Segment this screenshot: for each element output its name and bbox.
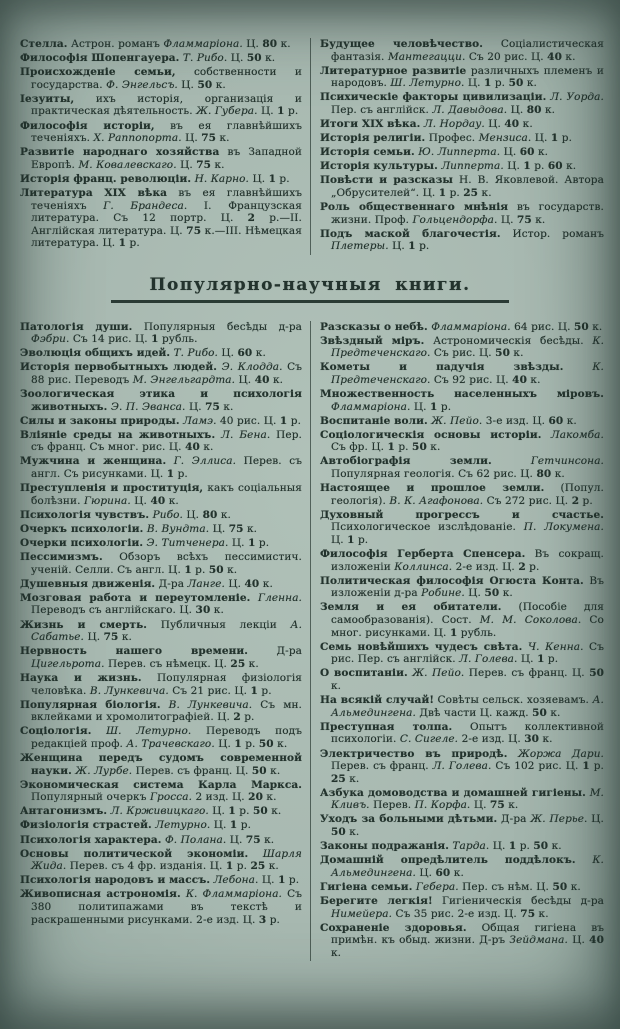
entry-title-text: 50	[331, 826, 346, 838]
catalog-entry: На всякій случай! Совѣты сельск. хозяева…	[320, 694, 604, 719]
catalog-entry: Азбука домоводства и домашней гигіены. М…	[320, 787, 604, 812]
entry-author-text: Гюрина.	[84, 495, 131, 507]
entry-text: р.	[526, 561, 540, 573]
catalog-entry: Подъ маской благочестія. Истор. романъ П…	[320, 228, 604, 253]
entry-text: р.	[544, 653, 558, 665]
entry-text	[166, 455, 174, 467]
entry-text: к.	[527, 374, 541, 386]
entry-text: р.	[287, 415, 301, 427]
entry-text: к.	[532, 214, 546, 226]
entry-title-text: Исторія франц. революціи.	[20, 173, 191, 185]
entry-title-text: 60	[548, 415, 563, 427]
catalog-entry: Психическіе факторы цивилизаціи. Л. Уорд…	[320, 91, 604, 116]
entry-text: Ц.	[249, 173, 269, 185]
entry-text: 64 рис. Ц.	[511, 321, 574, 333]
entry-text: Ц.	[331, 534, 347, 546]
entry-author-text: Л. Голева.	[433, 760, 492, 772]
entry-author-text: Т. Рибо.	[183, 52, 227, 64]
entry-text: Астрон. романъ	[68, 38, 164, 50]
entry-text: к.	[220, 401, 234, 413]
catalog-entry: Развитіе народнаго хозяйства въ Западной…	[20, 146, 302, 171]
entry-author-text: Гетчинсона.	[531, 455, 604, 467]
entry-text: к.	[562, 51, 576, 63]
entry-text: Ц.	[531, 132, 551, 144]
entry-author-text: Зейдмана.	[509, 934, 568, 946]
entry-title-text: Исторія религіи.	[320, 132, 425, 144]
catalog-entry: О воспитаніи. Ж. Пейо. Перев. съ франц. …	[320, 667, 604, 692]
entry-author-text: Цигельрота.	[31, 658, 105, 670]
entry-author-text: Лебона.	[214, 874, 259, 886]
entry-text: к.	[211, 159, 225, 171]
entry-title-text: Психологія характера.	[20, 834, 161, 846]
entry-text: Перев. съ франц.	[331, 760, 433, 772]
entry-title-text: Наука и жизнь.	[20, 672, 142, 684]
entry-author-text: Робине.	[421, 587, 465, 599]
entry-text: к.	[331, 680, 341, 692]
entry-title-text: Мозговая работа и переутомленіе.	[20, 592, 250, 604]
entry-text: Ц.	[464, 77, 484, 89]
entry-text: р.	[276, 173, 290, 185]
entry-text: Ц.	[507, 104, 527, 116]
entry-title-text: 1	[388, 441, 395, 453]
entry-author-text: Летурно.	[155, 819, 210, 831]
catalog-entry: Духовный прогрессъ и счастье. Психологич…	[320, 509, 604, 547]
entry-text: Ц.	[500, 146, 520, 158]
entry-title-text: 40	[255, 374, 270, 386]
catalog-entry: Мозговая работа и переутомленіе. Гленна.…	[20, 592, 302, 617]
catalog-entry: Философія исторіи, въ ея главнѣйшихъ теч…	[20, 120, 302, 145]
entry-title-text: 50	[509, 77, 524, 89]
entry-title-text: 40	[245, 578, 260, 590]
entry-title-text: Соціологія.	[20, 725, 91, 737]
entry-author-text: Гольцендорфа.	[412, 214, 497, 226]
entry-text: к.	[262, 52, 276, 64]
entry-text: Съ 102 рис. Ц.	[491, 760, 582, 772]
entry-text: Гигіеническія бесѣды д-ра	[433, 895, 604, 907]
entry-text: к.	[265, 860, 279, 872]
bottom-section: Патологія души. Популярныя бесѣды д-ра Ф…	[14, 321, 606, 962]
entry-title-text: Итоги XIX вѣка.	[320, 118, 420, 130]
entry-title-text: Воспитаніе воли.	[320, 415, 428, 427]
entry-text: рубль.	[159, 333, 198, 345]
entry-text: 2-е изд. Ц.	[458, 733, 524, 745]
entry-author-text: Нимейера.	[331, 908, 392, 920]
catalog-entry: Психологія народовъ и массъ. Лебона. Ц. …	[20, 874, 302, 887]
entry-text: к.	[499, 587, 513, 599]
entry-title-text: Политическая философія Огюста Конта.	[320, 575, 584, 587]
entry-author-text: Ламэ.	[183, 415, 216, 427]
entry-title-text: Экономическая система Карла Маркса.	[20, 779, 302, 791]
catalog-entry: Домашній опредѣлитель поддѣлокъ. К. Альм…	[320, 854, 604, 879]
entry-title-text: 1	[269, 173, 276, 185]
entry-title-text: Происхожденіе семьи,	[20, 66, 176, 78]
entry-title-text: Философія исторіи,	[20, 120, 155, 132]
entry-title-text: 1	[151, 333, 158, 345]
entry-title-text: 60	[436, 867, 451, 879]
catalog-entry: Философія Герберта Спенсера. Въ сокращ. …	[320, 548, 604, 573]
entry-title-text: 50	[209, 564, 224, 576]
entry-text: Популярныя бесѣды д-ра	[132, 321, 302, 333]
entry-author-text: Мантегацци.	[388, 51, 466, 63]
entry-author-text: Л. Нордау.	[424, 118, 485, 130]
entry-text: р.	[355, 534, 369, 546]
entry-title-text: 50	[495, 347, 510, 359]
entry-text: Д-ра	[497, 813, 530, 825]
catalog-entry: Роль общественнаго мнѣнія въ государств.…	[320, 201, 604, 226]
entry-text: к.	[259, 578, 273, 590]
entry-text: Съ 20 рис. Ц.	[465, 51, 547, 63]
entry-text: к.	[346, 826, 360, 838]
entry-title-text: Очерки психологіи.	[20, 537, 143, 549]
entry-text: Ц.	[183, 509, 203, 521]
entry-title-text: 75	[517, 214, 532, 226]
entry-title-text: Разсказы о небѣ.	[320, 321, 428, 333]
entry-text: Ц.	[235, 374, 255, 386]
bottom-right-column: Разсказы о небѣ. Фламмаріона. 64 рис. Ц.…	[310, 321, 606, 962]
entry-text: Ц.	[210, 819, 230, 831]
top-right-column: Будущее человѣчество. Соціалистическая ф…	[310, 38, 606, 255]
entry-text: Ц.	[186, 401, 206, 413]
entry-author-text: Л. Бена.	[221, 429, 270, 441]
entry-text	[564, 361, 593, 373]
entry-title-text: 1	[347, 534, 354, 546]
entry-text: Ц.	[568, 934, 589, 946]
entry-text: Ц.	[209, 523, 229, 535]
catalog-entry: Будущее человѣчество. Соціалистическая ф…	[320, 38, 604, 63]
entry-title-text: 1	[228, 805, 235, 817]
entry-text: Ц.	[228, 537, 248, 549]
catalog-entry: Физіологія страстей. Летурно. Ц. 1 р.	[20, 819, 302, 832]
entry-text: Ц.	[258, 874, 278, 886]
entry-author-text: П. Корфа.	[415, 799, 471, 811]
entry-author-text: Х. Раппопорта.	[94, 132, 182, 144]
bottom-left-column: Патологія души. Популярныя бесѣды д-ра Ф…	[14, 321, 310, 962]
entry-text: к.	[551, 468, 565, 480]
entry-text: к.	[346, 773, 360, 785]
entry-title-text: Исторія культуры.	[320, 160, 438, 172]
entry-title-text: Гигіена семьи.	[320, 881, 412, 893]
entry-text: р.	[233, 860, 250, 872]
catalog-entry: Основы политической экономіи. Шарля Жида…	[20, 848, 302, 873]
entry-text: к.	[210, 604, 224, 616]
entry-title-text: 40	[185, 441, 200, 453]
catalog-entry: Исторія первобытныхъ людей. Э. Клодда. С…	[20, 361, 302, 386]
entry-title-text: 30	[196, 604, 211, 616]
entry-author-text: Ш. Летурно.	[390, 77, 464, 89]
entry-text: Съ рис. Ц.	[430, 347, 495, 359]
entry-author-text: Л. Голева.	[459, 653, 517, 665]
entry-title-text: Преступная толпа.	[320, 721, 452, 733]
catalog-entry: Электричество въ природѣ. Жоржа Дари. Пе…	[320, 748, 604, 786]
catalog-entry: Философія Шопенгауера. Т. Рибо. Ц. 50 к.	[20, 52, 302, 65]
entry-text: к.	[200, 441, 214, 453]
entry-text: к.	[267, 765, 281, 777]
entry-text: к.	[252, 347, 266, 359]
entry-text: Пер. съ нѣм. Ц.	[459, 881, 553, 893]
entry-title-text: Живописная астрономія.	[20, 888, 181, 900]
entry-text: к.	[563, 160, 577, 172]
catalog-entry: Популярная біологія. В. Лункевича. Съ мн…	[20, 699, 302, 724]
entry-title-text: 80	[203, 509, 218, 521]
entry-title-text: 75	[229, 523, 244, 535]
catalog-entry: Исторія культуры. Липперта. Ц. 1 р. 60 к…	[320, 160, 604, 173]
catalog-entry: Литературное развитіе различныхъ племенъ…	[320, 65, 604, 90]
entry-title-text: О воспитаніи.	[320, 667, 408, 679]
entry-text: к.	[548, 840, 562, 852]
entry-title-text: Настоящее и прошлое земли.	[320, 482, 544, 494]
catalog-entry: Психологія характера. Ф. Полана. Ц. 75 к…	[20, 834, 302, 847]
catalog-entry: Зоологическая этика и психологія животны…	[20, 388, 302, 413]
entry-author-text: Ж. Пейо.	[412, 667, 464, 679]
catalog-entry: Итоги XIX вѣка. Л. Нордау. Ц. 40 к.	[320, 118, 604, 131]
entry-author-text: Э. Клодда.	[222, 361, 283, 373]
entry-text: Ц.	[215, 738, 235, 750]
entry-title-text: 40	[547, 51, 562, 63]
entry-title-text: 1	[408, 240, 415, 252]
entry-text: р.	[395, 441, 412, 453]
entry-title-text: Развитіе народнаго хозяйства	[20, 146, 219, 158]
catalog-entry: Настоящее и прошлое земли. (Попул. геоло…	[320, 482, 604, 507]
entry-author-text: Г. Брандеса.	[103, 200, 187, 212]
catalog-entry: Повѣсти и разсказы Н. В. Яковлевой. Авто…	[320, 174, 604, 199]
entry-author-text: Ланге.	[188, 578, 225, 590]
entry-text: р.	[446, 187, 463, 199]
entry-text: Ц.	[416, 867, 436, 879]
entry-title-text: Философія Шопенгауера.	[20, 52, 179, 64]
entry-text: Перев. съ франц. Ц.	[132, 765, 252, 777]
catalog-entry: Множественность населенныхъ міровъ. Флам…	[320, 388, 604, 413]
entry-title-text: Іезуиты,	[20, 93, 74, 105]
entry-text: Пер. съ англійск.	[331, 104, 432, 116]
entry-title-text: Физіологія страстей.	[20, 819, 152, 831]
entry-author-text: Фэбри.	[31, 333, 69, 345]
catalog-entry: Уходъ за больными дѣтьми. Д-ра Ж. Перье.…	[320, 813, 604, 838]
entry-text: 2 изд. Ц.	[192, 791, 248, 803]
entry-text: Съ 272 рис. Ц.	[483, 495, 571, 507]
entry-author-text: Гебера.	[416, 881, 459, 893]
catalog-entry: Женщина передъ судомъ современной науки.…	[20, 752, 302, 777]
catalog-entry: Происхожденіе семьи, собственности и гос…	[20, 66, 302, 91]
entry-author-text: Ф. Энгельсъ.	[106, 79, 178, 91]
entry-title-text: Психологія народовъ и массъ.	[20, 874, 210, 886]
catalog-entry: Исторія семьи. Ю. Липперта. Ц. 60 к.	[320, 146, 604, 159]
catalog-entry: Соціологическія основы исторіи. Лакомба.…	[320, 429, 604, 454]
catalog-entry: Воспитаніе воли. Ж. Пейо. 3-е изд. Ц. 60…	[320, 415, 604, 428]
entry-text: р.	[237, 819, 251, 831]
entry-text: Ц.	[131, 495, 151, 507]
entry-title-text: 75	[205, 401, 220, 413]
entry-text: Д-ра	[248, 645, 302, 657]
entry-text: р.	[285, 105, 299, 117]
entry-title-text: 1	[251, 685, 258, 697]
entry-title-text: 50	[532, 707, 547, 719]
entry-text	[541, 429, 550, 441]
top-section: Стелла. Астрон. романъ Фламмаріона. Ц. 8…	[14, 38, 606, 255]
entry-title-text: Стелла.	[20, 38, 68, 50]
entry-title-text: Звѣздный міръ.	[320, 335, 424, 347]
catalog-entry: Эволюція общихъ идей. Т. Рибо. Ц. 60 к.	[20, 347, 302, 360]
catalog-entry: Разсказы о небѣ. Фламмаріона. 64 рис. Ц.…	[320, 321, 604, 334]
catalog-entry: Автобіографія земли. Гетчинсона. Популяр…	[320, 455, 604, 480]
page-content: Стелла. Астрон. романъ Фламмаріона. Ц. 8…	[0, 0, 620, 961]
entry-text: Ц.	[485, 118, 505, 130]
entry-title-text: 50	[197, 79, 212, 91]
entry-title-text: 25	[230, 658, 245, 670]
entry-author-text: Фламмаріона.	[163, 38, 242, 50]
entry-title-text: 25	[463, 187, 478, 199]
catalog-entry: Антагонизмъ. Л. Крживицкаго. Ц. 1 р. 50 …	[20, 805, 302, 818]
entry-text: к.	[478, 187, 492, 199]
entry-text: Астрономическія бесѣды.	[424, 335, 592, 347]
entry-text: 3-е изд. Ц.	[482, 415, 548, 427]
entry-text: Переводъ съ англійскаго. Ц.	[31, 604, 196, 616]
entry-title-text: 75	[246, 834, 261, 846]
catalog-entry: Силы и законы природы. Ламэ. 40 рис. Ц. …	[20, 415, 302, 428]
entry-title-text: 75	[104, 631, 119, 643]
entry-author-text: М. М. Соколова.	[480, 614, 581, 626]
entry-text: р.	[126, 237, 140, 249]
entry-text: Ц.	[470, 799, 490, 811]
catalog-entry: Наука и жизнь. Популярная физіологія чел…	[20, 672, 302, 697]
entry-text	[492, 455, 531, 467]
entry-text	[508, 748, 518, 760]
entry-title-text: 75	[490, 799, 505, 811]
entry-author-text: Фламмаріона.	[331, 401, 410, 413]
entry-text: Съ фр. Ц.	[331, 441, 388, 453]
catalog-entry: Нервность нашего времени. Д-ра Цигельрот…	[20, 645, 302, 670]
entry-title-text: Исторія первобытныхъ людей.	[20, 361, 217, 373]
entry-text: Ц.	[218, 347, 238, 359]
entry-text: к.	[245, 658, 259, 670]
entry-title-text: 50	[574, 321, 589, 333]
catalog-entry: Гигіена семьи. Гебера. Пер. съ нѣм. Ц. 5…	[320, 881, 604, 894]
entry-text: Ц.	[243, 38, 263, 50]
entry-text: Ц.	[389, 240, 409, 252]
entry-text: 40 рис. Ц.	[217, 415, 280, 427]
entry-text: Съ 21 рис. Ц.	[169, 685, 251, 697]
entry-text: к.	[212, 79, 226, 91]
entry-text: Ц.	[489, 840, 509, 852]
entry-text: р.	[437, 401, 451, 413]
entry-title-text: Патологія души.	[20, 321, 132, 333]
entry-title-text: Преступленія и проституція,	[20, 482, 203, 494]
entry-title-text: 25	[331, 773, 346, 785]
entry-title-text: 1	[582, 760, 589, 772]
entry-title-text: Душевныя движенія.	[20, 578, 155, 590]
entry-author-text: Лакомба.	[551, 429, 604, 441]
entry-text: Двѣ части Ц. кажд.	[416, 707, 532, 719]
entry-author-text: Ж. Лурбе.	[75, 765, 132, 777]
catalog-entry: Земля и ея обитатели. (Пособіе для самоо…	[320, 601, 604, 639]
section-title-wrap: Популярно-научныя книги.	[14, 275, 606, 303]
entry-text	[576, 854, 593, 866]
catalog-entry: Душевныя движенія. Д-ра Ланге. Ц. 40 к.	[20, 578, 302, 591]
entry-text	[250, 592, 258, 604]
entry-text	[248, 848, 263, 860]
catalog-entry: Живописная астрономія. К. Фламмаріона. С…	[20, 888, 302, 926]
entry-title-text: 75	[186, 225, 201, 237]
entry-title-text: Сохраненіе здоровья.	[320, 922, 467, 934]
entry-text: рубль.	[457, 627, 496, 639]
entry-title-text: На всякій случай!	[320, 694, 434, 706]
entry-title-text: 50	[412, 441, 427, 453]
entry-title-text: 40	[512, 374, 527, 386]
entry-text: Съ 92 рис. Ц.	[430, 374, 512, 386]
entry-title-text: Силы и законы природы.	[20, 415, 180, 427]
entry-text: Ц.	[84, 631, 104, 643]
entry-title-text: Популярная біологія.	[20, 699, 161, 711]
entry-author-text: Ж. Перье.	[530, 813, 587, 825]
entry-title-text: 2	[233, 711, 240, 723]
entry-title-text: 30	[524, 733, 539, 745]
entry-title-text: Подъ маской благочестія.	[320, 228, 501, 240]
entry-text: Ц.	[182, 132, 202, 144]
entry-title-text: Очеркъ психологіи.	[20, 523, 143, 535]
entry-text: к.	[263, 791, 277, 803]
entry-text: к.	[542, 104, 556, 116]
entry-author-text: А. Трачевскаго.	[126, 738, 214, 750]
entry-title-text: 50	[247, 52, 262, 64]
entry-author-text: Липперта.	[441, 160, 503, 172]
entry-text: Публичныя лекціи	[147, 619, 290, 631]
top-left-column: Стелла. Астрон. романъ Фламмаріона. Ц. 8…	[14, 38, 310, 255]
entry-text: к.	[505, 799, 519, 811]
entry-text: к.	[224, 564, 238, 576]
entry-author-text: Э. Титченера.	[147, 537, 229, 549]
entry-title-text: Кометы и падучія звѣзды.	[320, 361, 564, 373]
catalog-entry: Исторія религіи. Профес. Мензиса. Ц. 1 р…	[320, 132, 604, 145]
entry-author-text: Ф. Полана.	[165, 834, 226, 846]
entry-author-text: Фламмаріона.	[431, 321, 510, 333]
entry-author-text: Л. Уорда.	[550, 91, 604, 103]
entry-text: 2-е изд. Ц.	[452, 561, 518, 573]
entry-text	[91, 725, 106, 737]
entry-text: Психологическое изслѣдованіе.	[331, 521, 524, 533]
entry-text: Профес.	[425, 132, 478, 144]
entry-title-text: 50	[589, 667, 604, 679]
entry-title-text: 50	[253, 805, 268, 817]
entry-title-text: Эволюція общихъ идей.	[20, 347, 170, 359]
entry-text: Ц.	[517, 653, 537, 665]
entry-title-text: Уходъ за больными дѣтьми.	[320, 813, 497, 825]
entry-title-text: Исторія семьи.	[320, 146, 415, 158]
entry-text: Популярный очеркъ	[31, 791, 150, 803]
entry-title-text: Автобіографія земли.	[320, 455, 492, 467]
entry-title-text: Электричество въ природѣ.	[320, 748, 508, 760]
catalog-entry: Берегите легкія! Гигіеническія бесѣды д-…	[320, 895, 604, 920]
entry-text: Совѣты сельск. хозяевамъ.	[434, 694, 592, 706]
entry-text: Перев. съ 4 фр. изданія. Ц.	[66, 860, 226, 872]
entry-title-text: Вліяніе среды на животныхъ.	[20, 429, 215, 441]
catalog-entry: Іезуиты, ихъ исторія, организація и прак…	[20, 93, 302, 118]
entry-title-text: 1	[184, 564, 191, 576]
catalog-entry: Исторія франц. революціи. Н. Карно. Ц. 1…	[20, 173, 302, 186]
entry-text	[161, 699, 169, 711]
entry-text: к.	[589, 321, 603, 333]
entry-author-text: Ш. Летурно.	[106, 725, 191, 737]
entry-author-text: В. Лункевича.	[90, 685, 169, 697]
entry-text: Ц.	[209, 805, 229, 817]
entry-text: Ц.	[587, 813, 604, 825]
entry-text: Перев. съ нѣмецк. Ц.	[105, 658, 231, 670]
entry-title-text: Роль общественнаго мнѣнія	[320, 201, 508, 213]
catalog-entry: Очеркъ психологіи. В. Вундта. Ц. 75 к.	[20, 523, 302, 536]
catalog-entry: Кометы и падучія звѣзды. К. Предтеченска…	[320, 361, 604, 386]
entry-text: Популярная геологія. Съ 62 рис. Ц.	[331, 468, 536, 480]
entry-title-text: 50	[252, 765, 267, 777]
entry-author-text: Л. Крживицкаго.	[111, 805, 209, 817]
entry-title-text: 60	[520, 146, 535, 158]
